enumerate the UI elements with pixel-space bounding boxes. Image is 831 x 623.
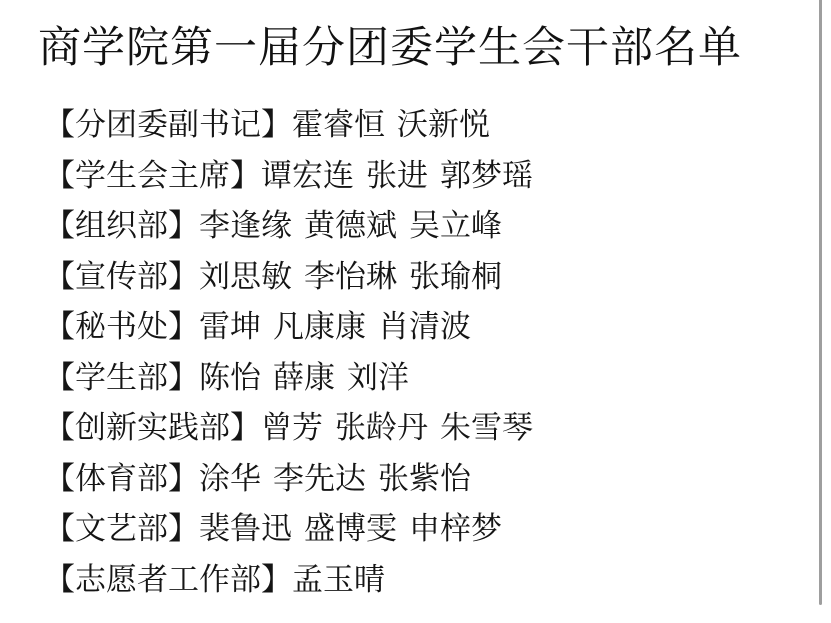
member-name: 雷坤 (199, 309, 261, 345)
bracket-close: 】 (230, 158, 261, 194)
member-name: 刘思敏 (199, 259, 292, 295)
page-edge-divider (819, 0, 822, 605)
department-label: 志愿者工作部 (75, 562, 261, 598)
member-name: 谭宏连 (261, 158, 354, 194)
roster-row-vice-secretary: 【分团委副书记】霍睿恒沃新悦 (44, 100, 545, 151)
bracket-close: 】 (261, 562, 292, 598)
bracket-close: 】 (168, 259, 199, 295)
roster-row-sports-dept: 【体育部】涂华李先达张紫怡 (44, 454, 545, 505)
member-name: 吴立峰 (409, 208, 502, 244)
bracket-close: 】 (168, 360, 199, 396)
bracket-open: 【 (44, 562, 75, 598)
department-label: 宣传部 (75, 259, 168, 295)
bracket-close: 】 (230, 410, 261, 446)
member-name: 郭梦瑶 (440, 158, 533, 194)
member-name: 张瑜桐 (409, 259, 502, 295)
roster-row-volunteer-dept: 【志愿者工作部】孟玉晴 (44, 555, 545, 606)
roster-row-organization-dept: 【组织部】李逢缘黄德斌吴立峰 (44, 201, 545, 252)
bracket-close: 】 (168, 309, 199, 345)
bracket-open: 【 (44, 309, 75, 345)
department-label: 秘书处 (75, 309, 168, 345)
member-name: 李先达 (273, 461, 366, 497)
member-name: 曾芳 (261, 410, 323, 446)
roster-row-student-affairs-dept: 【学生部】陈怡薛康刘洋 (44, 353, 545, 404)
department-label: 组织部 (75, 208, 168, 244)
bracket-open: 【 (44, 511, 75, 547)
roster-row-secretariat: 【秘书处】雷坤凡康康肖清波 (44, 302, 545, 353)
member-name: 申梓梦 (409, 511, 502, 547)
roster-row-innovation-practice-dept: 【创新实践部】曾芳张龄丹朱雪琴 (44, 403, 545, 454)
member-name: 刘洋 (347, 360, 409, 396)
department-label: 体育部 (75, 461, 168, 497)
member-name: 陈怡 (199, 360, 261, 396)
bracket-open: 【 (44, 158, 75, 194)
member-name: 薛康 (273, 360, 335, 396)
bracket-open: 【 (44, 208, 75, 244)
member-name: 李怡琳 (304, 259, 397, 295)
officer-roster-list: 【分团委副书记】霍睿恒沃新悦 【学生会主席】谭宏连张进郭梦瑶 【组织部】李逢缘黄… (44, 100, 545, 605)
member-name: 沃新悦 (397, 107, 490, 143)
member-name: 盛博雯 (304, 511, 397, 547)
department-label: 学生部 (75, 360, 168, 396)
bracket-open: 【 (44, 461, 75, 497)
department-label: 学生会主席 (75, 158, 230, 194)
bracket-open: 【 (44, 259, 75, 295)
member-name: 凡康康 (273, 309, 366, 345)
document-page: 商学院第一届分团委学生会干部名单 【分团委副书记】霍睿恒沃新悦 【学生会主席】谭… (0, 0, 831, 623)
bracket-open: 【 (44, 360, 75, 396)
bracket-close: 】 (168, 461, 199, 497)
member-name: 朱雪琴 (440, 410, 533, 446)
bracket-close: 】 (168, 208, 199, 244)
page-title: 商学院第一届分团委学生会干部名单 (38, 20, 742, 76)
roster-row-publicity-dept: 【宣传部】刘思敏李怡琳张瑜桐 (44, 252, 545, 303)
member-name: 张紫怡 (378, 461, 471, 497)
department-label: 分团委副书记 (75, 107, 261, 143)
member-name: 孟玉晴 (292, 562, 385, 598)
member-name: 李逢缘 (199, 208, 292, 244)
bracket-open: 【 (44, 410, 75, 446)
roster-row-student-union-chair: 【学生会主席】谭宏连张进郭梦瑶 (44, 151, 545, 202)
bracket-close: 】 (261, 107, 292, 143)
department-label: 文艺部 (75, 511, 168, 547)
bracket-close: 】 (168, 511, 199, 547)
member-name: 涂华 (199, 461, 261, 497)
member-name: 霍睿恒 (292, 107, 385, 143)
member-name: 肖清波 (378, 309, 471, 345)
bracket-open: 【 (44, 107, 75, 143)
member-name: 裴鲁迅 (199, 511, 292, 547)
member-name: 张龄丹 (335, 410, 428, 446)
department-label: 创新实践部 (75, 410, 230, 446)
member-name: 黄德斌 (304, 208, 397, 244)
member-name: 张进 (366, 158, 428, 194)
roster-row-arts-dept: 【文艺部】裴鲁迅盛博雯申梓梦 (44, 504, 545, 555)
